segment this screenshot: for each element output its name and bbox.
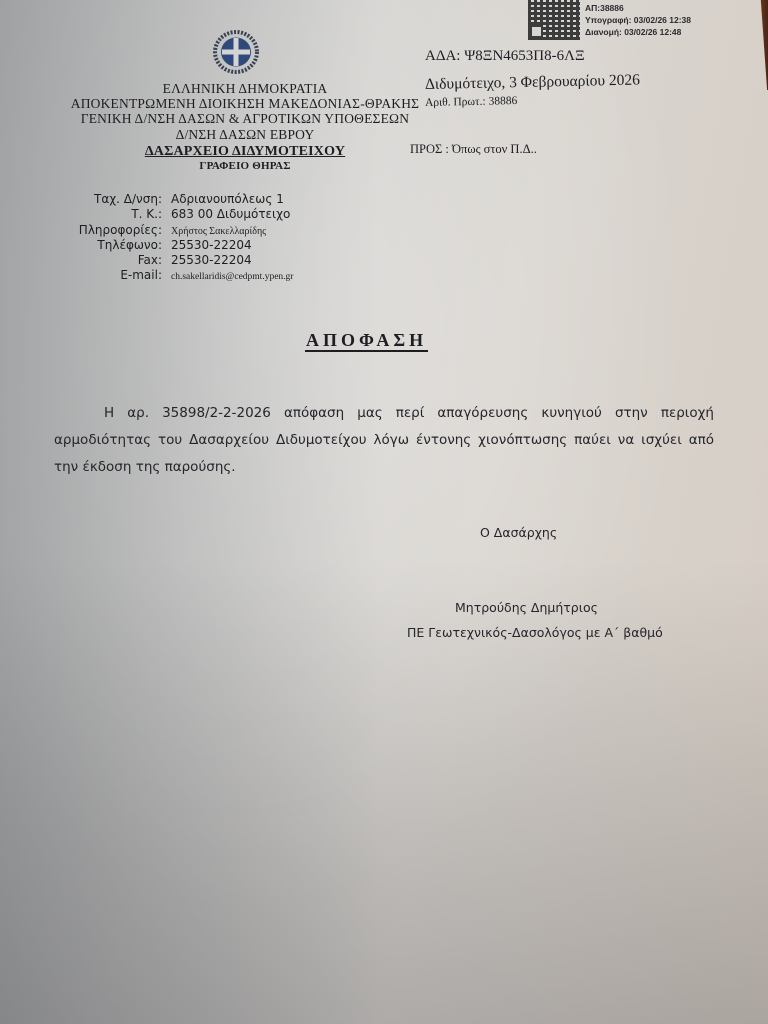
recipient: ΠΡΟΣ : Όπως στον Π.Δ.. <box>410 142 537 157</box>
contact-value: 683 00 Διδυμότειχο <box>171 207 290 221</box>
contact-label: Ταχ. Δ/νση: <box>60 192 171 206</box>
protocol-number: Αριθ. Πρωτ.: 38886 <box>425 95 518 109</box>
office-name: ΔΑΣΑΡΧΕΙΟ ΔΙΔΥΜΟΤΕΙΧΟΥ <box>145 144 345 159</box>
contact-email: ch.sakellaridis@cedpmt.ypen.gr <box>171 272 293 282</box>
signatory-title: ΠΕ Γεωτεχνικός-Δασολόγος με Α΄ βαθμό <box>407 625 663 640</box>
signatory-name: Μητρούδης Δημήτριος <box>455 600 598 615</box>
body-text: Η αρ. 35898/2-2-2026 απόφαση μας περί απ… <box>54 405 714 475</box>
contact-row: Ταχ. Δ/νση: Αδριανουπόλεως 1 <box>60 192 293 207</box>
stamp-protocol: ΑΠ:38886 <box>585 3 624 13</box>
contact-label: Fax: <box>60 253 171 267</box>
contact-row: E-mail: ch.sakellaridis@cedpmt.ypen.gr <box>60 268 293 283</box>
contact-value: 25530-22204 <box>171 253 252 267</box>
contact-row: Fax: 25530-22204 <box>60 253 293 268</box>
document-title: ΑΠΟΦΑΣΗ <box>305 330 428 352</box>
stamp-signed: Υπογραφή: 03/02/26 12:38 <box>585 15 691 25</box>
contact-row: Τ. Κ.: 683 00 Διδυμότειχο <box>60 207 293 222</box>
contact-block: Ταχ. Δ/νση: Αδριανουπόλεως 1 Τ. Κ.: 683 … <box>60 192 293 284</box>
header-line: ΑΠΟΚΕΝΤΡΩΜΕΝΗ ΔΙΟΙΚΗΣΗ ΜΑΚΕΔΟΝΙΑΣ-ΘΡΑΚΗΣ <box>60 96 430 112</box>
contact-value: Αδριανουπόλεως 1 <box>171 192 284 206</box>
greek-emblem-icon <box>213 30 259 74</box>
contact-value: Χρήστος Σακελλαρίδης <box>171 226 266 237</box>
contact-label: Πληροφορίες: <box>60 223 171 237</box>
qr-code-icon <box>528 0 580 40</box>
contact-label: Τηλέφωνο: <box>60 238 171 252</box>
header-line: Δ/ΝΣΗ ΔΑΣΩΝ ΕΒΡΟΥ <box>60 127 430 143</box>
contact-label: E-mail: <box>60 268 171 282</box>
department-name: ΓΡΑΦΕΙΟ ΘΗΡΑΣ <box>60 160 430 172</box>
ada-code: ΑΔΑ: Ψ8ΞΝ4653Π8-6ΛΞ <box>425 48 585 65</box>
contact-row: Τηλέφωνο: 25530-22204 <box>60 238 293 253</box>
signatory-role: Ο Δασάρχης <box>480 525 557 540</box>
contact-label: Τ. Κ.: <box>60 207 171 221</box>
stamp-distributed: Διανομή: 03/02/26 12:48 <box>585 27 681 37</box>
header-line: ΓΕΝΙΚΗ Δ/ΝΣΗ ΔΑΣΩΝ & ΑΓΡΟΤΙΚΩΝ ΥΠΟΘΕΣΕΩΝ <box>60 111 430 127</box>
contact-row: Πληροφορίες: Χρήστος Σακελλαρίδης <box>60 223 293 238</box>
header-line: ΕΛΛΗΝΙΚΗ ΔΗΜΟΚΡΑΤΙΑ <box>60 81 430 97</box>
contact-value: 25530-22204 <box>171 238 252 252</box>
document-body: Η αρ. 35898/2-2-2026 απόφαση μας περί απ… <box>54 400 714 481</box>
